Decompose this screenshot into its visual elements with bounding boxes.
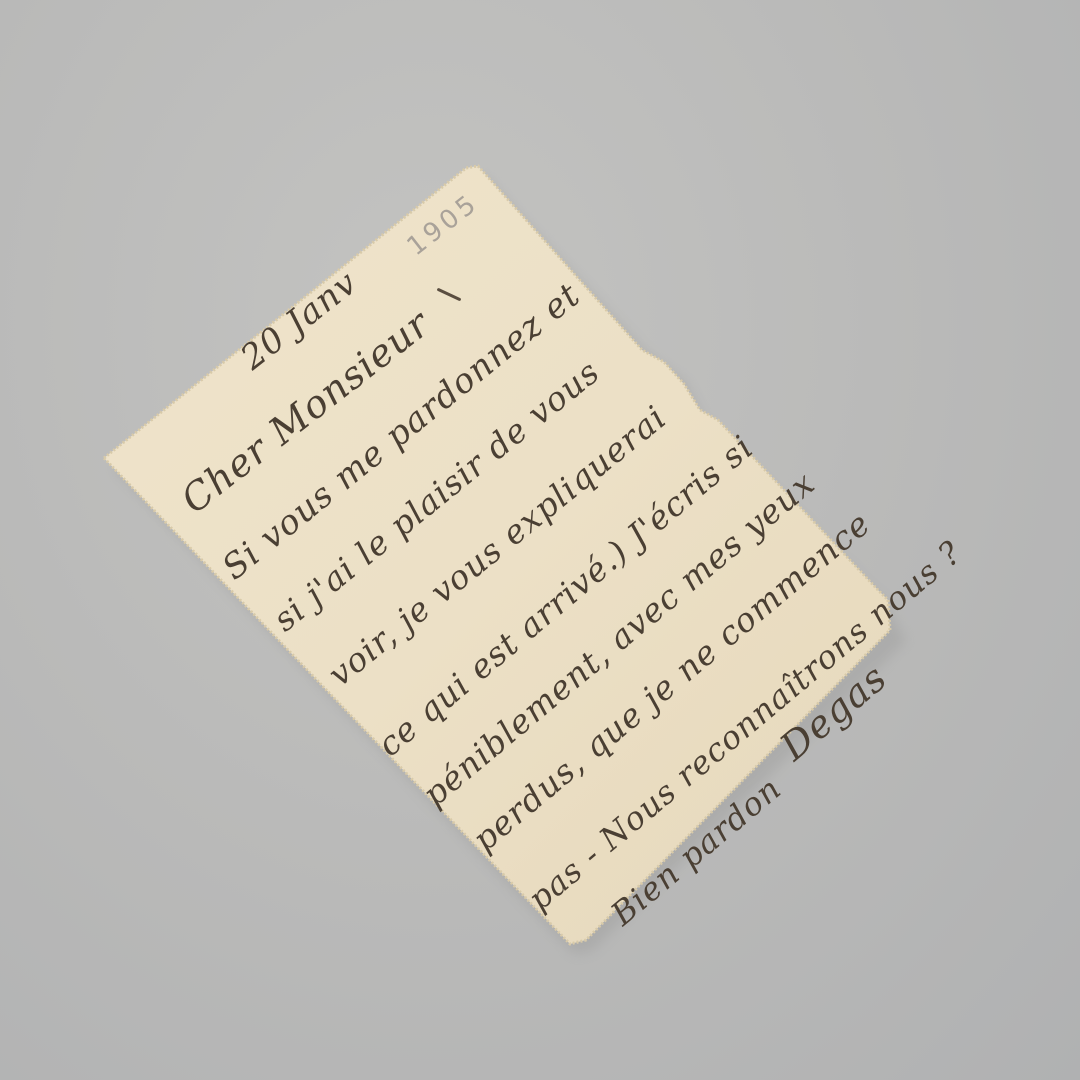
paper-sheet (0, 0, 1080, 1080)
photo-scene: 1905 20 Janv Cher Monsieur Si vous me pa… (0, 0, 1080, 1080)
